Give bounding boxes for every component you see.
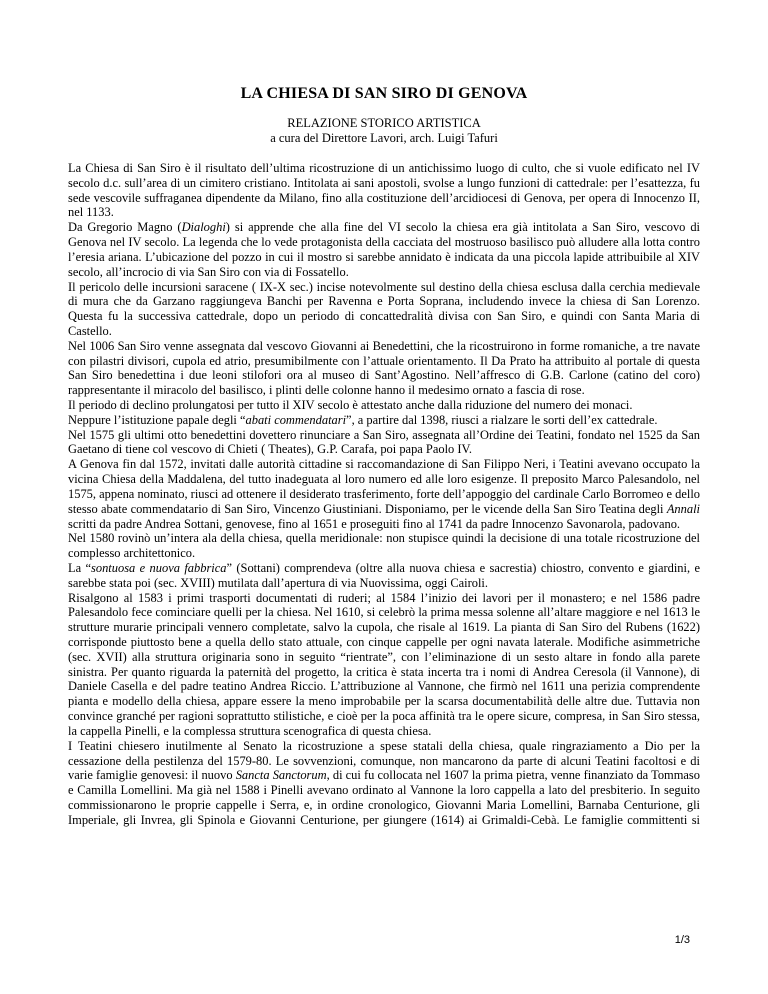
document-subtitle-line2: a cura del Direttore Lavori, arch. Luigi… bbox=[68, 131, 700, 146]
paragraph: Il pericolo delle incursioni saracene ( … bbox=[68, 280, 700, 339]
text-run: La Chiesa di San Siro è il risultato del… bbox=[68, 161, 700, 219]
paragraph: Nel 1575 gli ultimi otto benedettini dov… bbox=[68, 428, 700, 458]
paragraph: Il periodo di declino prolungatosi per t… bbox=[68, 398, 700, 413]
page-number: 1/3 bbox=[675, 934, 690, 946]
paragraph: Nel 1580 rovinò un’intera ala della chie… bbox=[68, 531, 700, 561]
italic-text-run: sontuosa e nuova fabbrica bbox=[91, 561, 226, 575]
paragraph: A Genova fin dal 1572, invitati dalle au… bbox=[68, 457, 700, 531]
italic-text-run: Annali bbox=[667, 502, 700, 516]
text-run: Da Gregorio Magno ( bbox=[68, 220, 182, 234]
paragraph: I Teatini chiesero inutilmente al Senato… bbox=[68, 739, 700, 828]
paragraph: Neppure l’istituzione papale degli “abat… bbox=[68, 413, 700, 428]
document-body: La Chiesa di San Siro è il risultato del… bbox=[68, 161, 700, 828]
paragraph: Nel 1006 San Siro venne assegnata dal ve… bbox=[68, 339, 700, 398]
paragraph: La “sontuosa e nuova fabbrica” (Sottani)… bbox=[68, 561, 700, 591]
text-run: Nel 1006 San Siro venne assegnata dal ve… bbox=[68, 339, 700, 397]
text-run: Risalgono al 1583 i primi trasporti docu… bbox=[68, 591, 700, 738]
text-run: ”, a partire dal 1398, riusci a rialzare… bbox=[346, 413, 657, 427]
text-run: Neppure l’istituzione papale degli “ bbox=[68, 413, 246, 427]
text-run: Il periodo di declino prolungatosi per t… bbox=[68, 398, 632, 412]
document-title: LA CHIESA DI SAN SIRO DI GENOVA bbox=[68, 85, 700, 103]
document-subtitle-line1: RELAZIONE STORICO ARTISTICA bbox=[68, 116, 700, 131]
italic-text-run: Dialoghi bbox=[182, 220, 226, 234]
italic-text-run: abati commendatari bbox=[246, 413, 347, 427]
paragraph: Risalgono al 1583 i primi trasporti docu… bbox=[68, 591, 700, 739]
text-run: La “ bbox=[68, 561, 91, 575]
text-run: Nel 1575 gli ultimi otto benedettini dov… bbox=[68, 428, 700, 457]
text-run: Il pericolo delle incursioni saracene ( … bbox=[68, 280, 700, 338]
text-run: A Genova fin dal 1572, invitati dalle au… bbox=[68, 457, 700, 515]
paragraph: Da Gregorio Magno (Dialoghi) si apprende… bbox=[68, 220, 700, 279]
text-run: Nel 1580 rovinò un’intera ala della chie… bbox=[68, 531, 700, 560]
italic-text-run: Sancta Sanctorum bbox=[236, 768, 327, 782]
text-run: scritti da padre Andrea Sottani, genoves… bbox=[68, 517, 680, 531]
document-page: LA CHIESA DI SAN SIRO DI GENOVA RELAZION… bbox=[0, 0, 768, 994]
paragraph: La Chiesa di San Siro è il risultato del… bbox=[68, 161, 700, 220]
